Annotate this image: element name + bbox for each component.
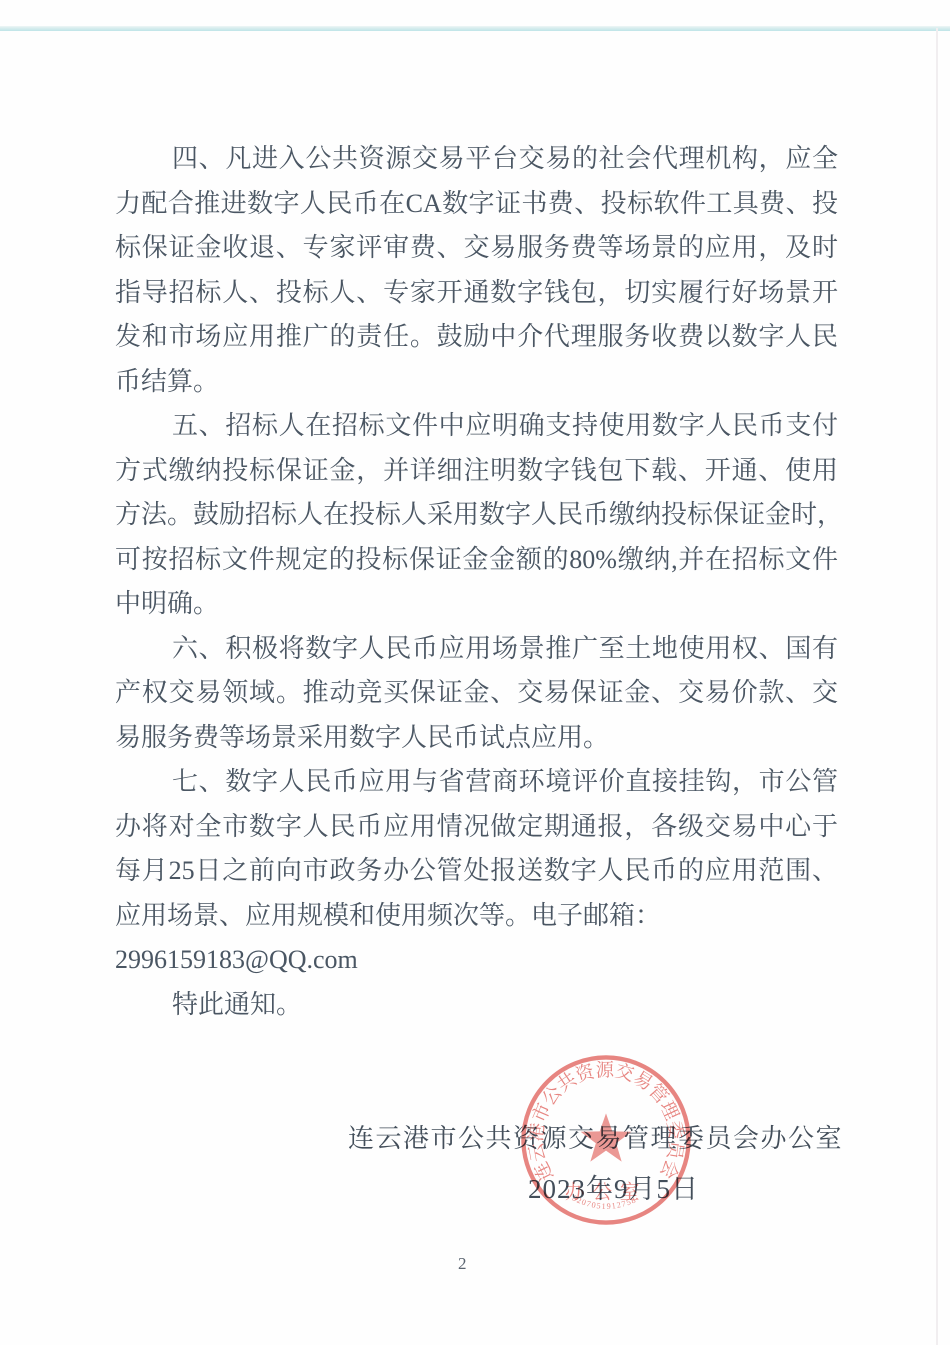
body-line: 六、积极将数字人民币应用场景推广至土地使用权、国有	[115, 627, 838, 672]
body-line: 每月25日之前向市政务办公管处报送数字人民币的应用范围、	[115, 849, 838, 894]
body-line: 中明确。	[115, 582, 838, 627]
body-line: 方法。鼓励招标人在投标人采用数字人民币缴纳投标保证金时，	[115, 493, 838, 538]
body-line: 五、招标人在招标文件中应明确支持使用数字人民币支付	[115, 404, 838, 449]
email-line: 2996159183@QQ.com	[115, 938, 838, 983]
body-line: 办将对全市数字人民币应用情况做定期通报，各级交易中心于	[115, 805, 838, 850]
star-icon	[581, 1113, 632, 1161]
page-number: 2	[458, 1254, 467, 1274]
scanned-document-page: 四、凡进入公共资源交易平台交易的社会代理机构，应全 力配合推进数字人民币在CA数…	[0, 0, 950, 1345]
page-edge-line	[936, 28, 938, 1345]
top-accent-line	[0, 26, 950, 31]
body-line: 币结算。	[115, 360, 838, 405]
body-line: 标保证金收退、专家评审费、交易服务费等场景的应用，及时	[115, 226, 838, 271]
official-seal: 连云港市公共资源交易管理委员会 办公室 3207051912758	[520, 1048, 692, 1232]
body-line: 产权交易领域。推动竞买保证金、交易保证金、交易价款、交	[115, 671, 838, 716]
body-line: 指导招标人、投标人、专家开通数字钱包，切实履行好场景开	[115, 271, 838, 316]
body-line: 可按招标文件规定的投标保证金金额的80%缴纳,并在招标文件	[115, 538, 838, 583]
body-line: 力配合推进数字人民币在CA数字证书费、投标软件工具费、投	[115, 182, 838, 227]
document-body: 四、凡进入公共资源交易平台交易的社会代理机构，应全 力配合推进数字人民币在CA数…	[115, 137, 838, 1027]
notice-closing-line: 特此通知。	[115, 983, 838, 1028]
body-line: 方式缴纳投标保证金，并详细注明数字钱包下载、开通、使用	[115, 449, 838, 494]
body-line: 四、凡进入公共资源交易平台交易的社会代理机构，应全	[115, 137, 838, 182]
body-line: 发和市场应用推广的责任。鼓励中介代理服务收费以数字人民	[115, 315, 838, 360]
body-line: 七、数字人民币应用与省营商环境评价直接挂钩，市公管	[115, 760, 838, 805]
body-line: 应用场景、应用规模和使用频次等。电子邮箱：	[115, 894, 838, 939]
body-line: 易服务费等场景采用数字人民币试点应用。	[115, 716, 838, 761]
